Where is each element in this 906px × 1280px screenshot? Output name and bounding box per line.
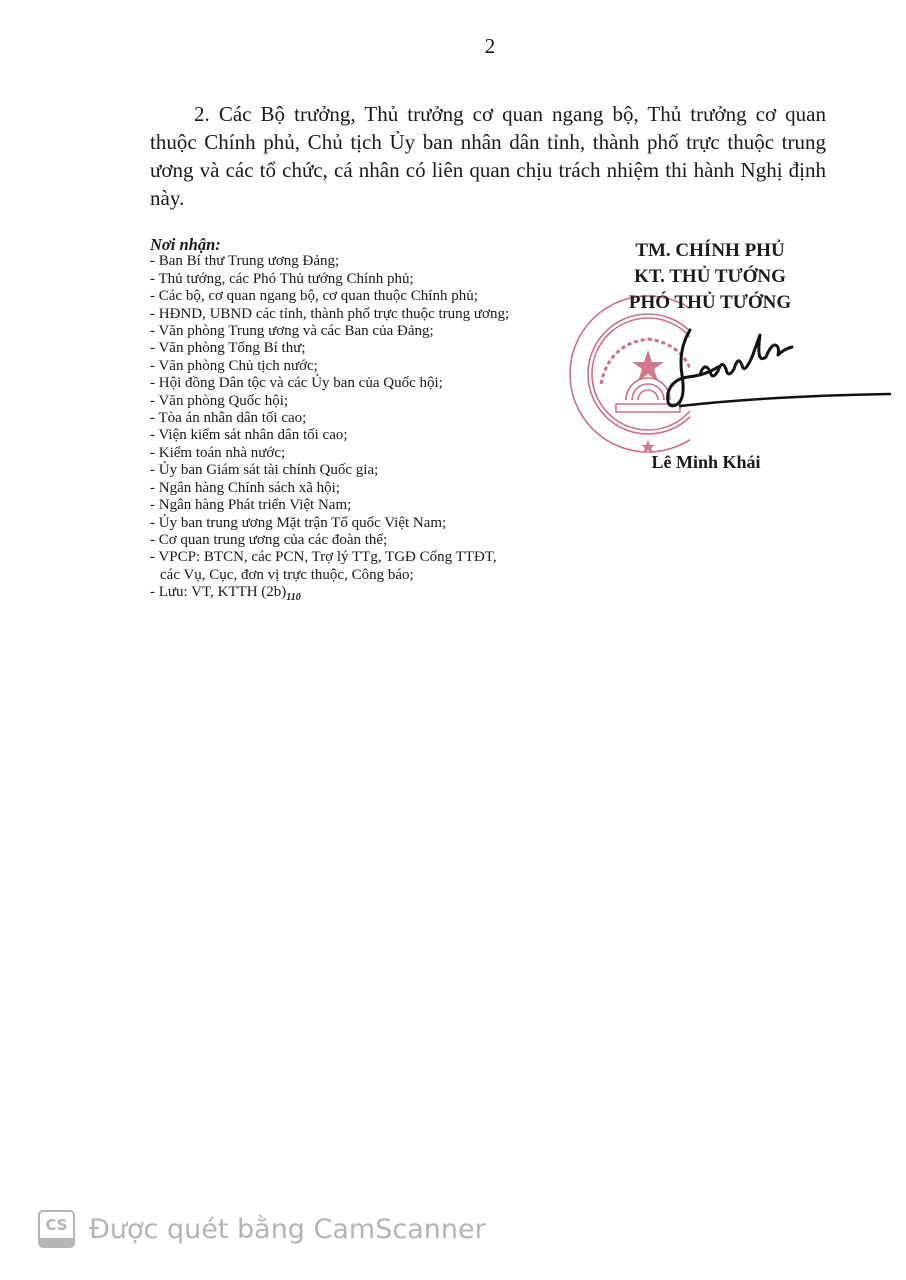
body-paragraph: 2. Các Bộ trưởng, Thủ trưởng cơ quan nga… bbox=[150, 100, 826, 212]
recipient-item-continuation: các Vụ, Cục, đơn vị trực thuộc, Công báo… bbox=[150, 567, 580, 584]
recipient-item: - Ngân hàng Chính sách xã hội; bbox=[150, 480, 580, 497]
recipient-item: - Ủy ban Giám sát tài chính Quốc gia; bbox=[150, 462, 580, 479]
signature-line-3: PHÓ THỦ TƯỚNG bbox=[600, 290, 820, 316]
recipient-item: - Ủy ban trung ương Mặt trận Tổ quốc Việ… bbox=[150, 515, 580, 532]
signature-line-2: KT. THỦ TƯỚNG bbox=[600, 264, 820, 290]
handwritten-signature-icon bbox=[640, 320, 900, 420]
recipient-item: - Ban Bí thư Trung ương Đảng; bbox=[150, 253, 580, 270]
recipient-item-archive: - Lưu: VT, KTTH (2b)110 bbox=[150, 584, 580, 606]
recipient-item: - Các bộ, cơ quan ngang bộ, cơ quan thuộ… bbox=[150, 288, 580, 305]
recipient-item: - Thủ tướng, các Phó Thủ tướng Chính phủ… bbox=[150, 271, 580, 288]
archive-count: 110 bbox=[286, 592, 300, 603]
recipient-item: - Văn phòng Tổng Bí thư; bbox=[150, 340, 580, 357]
recipient-item: - Cơ quan trung ương của các đoàn thể; bbox=[150, 532, 580, 549]
page-number: 2 bbox=[0, 34, 906, 59]
recipient-item: - HĐND, UBND các tỉnh, thành phố trực th… bbox=[150, 306, 580, 323]
camscanner-logo-icon: CS bbox=[38, 1210, 75, 1248]
recipient-item: - VPCP: BTCN, các PCN, Trợ lý TTg, TGĐ C… bbox=[150, 549, 580, 566]
recipient-item: - Viện kiểm sát nhân dân tối cao; bbox=[150, 427, 580, 444]
recipient-item: - Kiểm toán nhà nước; bbox=[150, 445, 580, 462]
recipient-item: - Văn phòng Quốc hội; bbox=[150, 393, 580, 410]
watermark-text: Được quét bằng CamScanner bbox=[89, 1214, 486, 1245]
recipients-heading: Nơi nhận: bbox=[150, 236, 580, 253]
signature-line-1: TM. CHÍNH PHỦ bbox=[600, 238, 820, 264]
signer-name: Lê Minh Khái bbox=[636, 452, 776, 473]
recipient-item: - Tòa án nhân dân tối cao; bbox=[150, 410, 580, 427]
recipient-item: - Văn phòng Chủ tịch nước; bbox=[150, 358, 580, 375]
signature-block: TM. CHÍNH PHỦ KT. THỦ TƯỚNG PHÓ THỦ TƯỚN… bbox=[600, 238, 820, 316]
recipients-list: Nơi nhận: - Ban Bí thư Trung ương Đảng;-… bbox=[150, 236, 580, 607]
recipient-item: - Ngân hàng Phát triển Việt Nam; bbox=[150, 497, 580, 514]
recipient-item: - Hội đồng Dân tộc và các Ủy ban của Quố… bbox=[150, 375, 580, 392]
camscanner-watermark: CS Được quét bằng CamScanner bbox=[38, 1207, 486, 1251]
recipient-item: - Văn phòng Trung ương và các Ban của Đả… bbox=[150, 323, 580, 340]
